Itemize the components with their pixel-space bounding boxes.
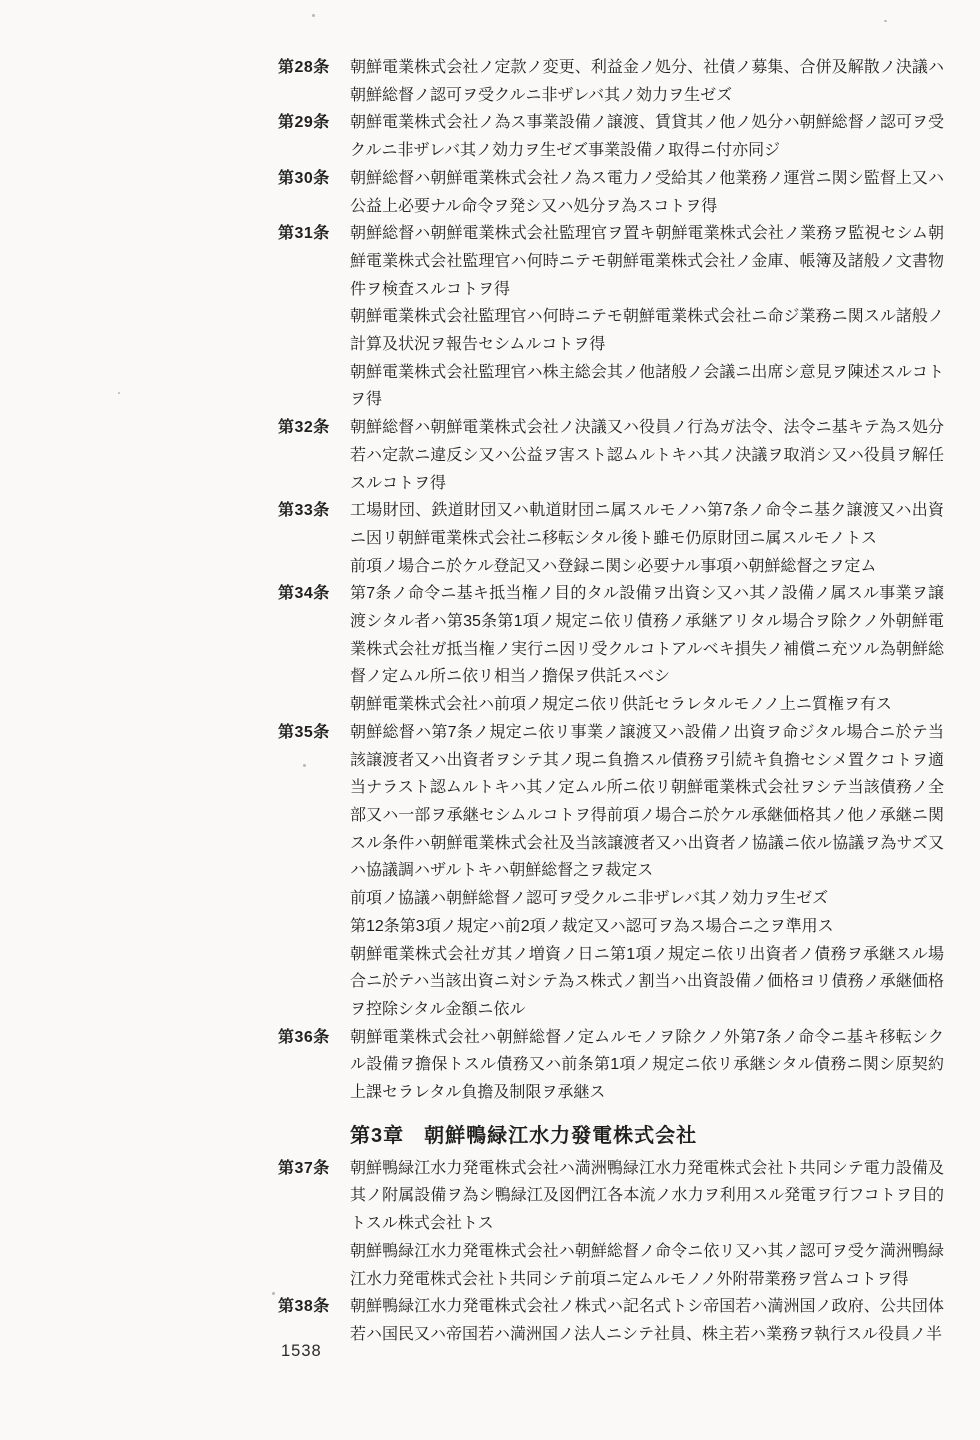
article-text: 朝鮮鴨緑江水力発電株式会社ハ満洲鴨緑江水力発電株式会社ト共同シテ電力設備及其ノ附…	[350, 1155, 944, 1294]
article-text: 朝鮮電業株式会社ハ朝鮮総督ノ定ムルモノヲ除クノ外第7条ノ命令ニ基キ移転シクル設備…	[350, 1024, 944, 1107]
article-number: 第34条	[278, 580, 350, 719]
article-row: 第38条朝鮮鴨緑江水力発電株式会社ノ株式ハ記名式トシ帝国若ハ満洲国ノ政府、公共団…	[278, 1293, 950, 1348]
article-number: 第36条	[278, 1024, 350, 1107]
article-paragraph: 朝鮮総督ハ朝鮮電業株式会社ノ決議又ハ役員ノ行為ガ法令、法令ニ基キテ為ス処分若ハ定…	[350, 414, 944, 497]
article-text: 朝鮮鴨緑江水力発電株式会社ノ株式ハ記名式トシ帝国若ハ満洲国ノ政府、公共団体若ハ国…	[350, 1293, 944, 1348]
article-text: 朝鮮総督ハ朝鮮電業株式会社ノ決議又ハ役員ノ行為ガ法令、法令ニ基キテ為ス処分若ハ定…	[350, 414, 944, 497]
scan-speck	[272, 1292, 275, 1295]
article-paragraph: 前項ノ場合ニ於ケル登記又ハ登録ニ関シ必要ナル事項ハ朝鮮総督之ヲ定ム	[350, 553, 944, 581]
article-paragraph: 朝鮮鴨緑江水力発電株式会社ハ満洲鴨緑江水力発電株式会社ト共同シテ電力設備及其ノ附…	[350, 1155, 944, 1238]
article-row: 第32条朝鮮総督ハ朝鮮電業株式会社ノ決議又ハ役員ノ行為ガ法令、法令ニ基キテ為ス処…	[278, 414, 950, 497]
article-paragraph: 朝鮮電業株式会社ノ為ス事業設備ノ譲渡、賃貸其ノ他ノ処分ハ朝鮮総督ノ認可ヲ受クルニ…	[350, 109, 944, 164]
article-paragraph: 朝鮮総督ハ朝鮮電業株式会社ノ為ス電力ノ受給其ノ他業務ノ運営ニ関シ監督上又ハ公益上…	[350, 165, 944, 220]
article-paragraph: 朝鮮電業株式会社ハ前項ノ規定ニ依リ供託セラレタルモノノ上ニ質権ヲ有ス	[350, 691, 944, 719]
article-row: 第33条工場財団、鉄道財団又ハ軌道財団ニ属スルモノハ第7条ノ命令ニ基ク譲渡又ハ出…	[278, 497, 950, 580]
article-paragraph: 朝鮮電業株式会社監理官ハ株主総会其ノ他諸般ノ会議ニ出席シ意見ヲ陳述スルコトヲ得	[350, 359, 944, 414]
article-number: 第35条	[278, 719, 350, 1024]
article-paragraph: 朝鮮総督ハ朝鮮電業株式会社監理官ヲ置キ朝鮮電業株式会社ノ業務ヲ監視セシム朝鮮電業…	[350, 220, 944, 303]
article-row: 第34条第7条ノ命令ニ基キ抵当権ノ目的タル設備ヲ出資シ又ハ其ノ設備ノ属スル事業ヲ…	[278, 580, 950, 719]
article-paragraph: 朝鮮電業株式会社監理官ハ何時ニテモ朝鮮電業株式会社ニ命ジ業務ニ関スル諸般ノ計算及…	[350, 303, 944, 358]
article-text: 朝鮮電業株式会社ノ定款ノ変更、利益金ノ処分、社債ノ募集、合併及解散ノ決議ハ朝鮮総…	[350, 54, 944, 109]
article-number: 第31条	[278, 220, 350, 414]
article-number: 第29条	[278, 109, 350, 164]
chapter-number: 第3章	[350, 1125, 404, 1147]
article-number: 第30条	[278, 165, 350, 220]
article-text: 朝鮮総督ハ第7条ノ規定ニ依リ事業ノ譲渡又ハ設備ノ出資ヲ命ジタル場合ニ於テ当該譲渡…	[350, 719, 944, 1024]
article-number: 第37条	[278, 1155, 350, 1294]
article-paragraph: 朝鮮鴨緑江水力発電株式会社ハ朝鮮総督ノ命令ニ依リ又ハ其ノ認可ヲ受ケ満洲鴨緑江水力…	[350, 1238, 944, 1293]
scan-speck	[312, 14, 315, 17]
article-paragraph: 朝鮮電業株式会社ハ朝鮮総督ノ定ムルモノヲ除クノ外第7条ノ命令ニ基キ移転シクル設備…	[350, 1024, 944, 1107]
article-text: 朝鮮総督ハ朝鮮電業株式会社ノ為ス電力ノ受給其ノ他業務ノ運営ニ関シ監督上又ハ公益上…	[350, 165, 944, 220]
article-number: 第33条	[278, 497, 350, 580]
article-paragraph: 朝鮮電業株式会社ノ定款ノ変更、利益金ノ処分、社債ノ募集、合併及解散ノ決議ハ朝鮮総…	[350, 54, 944, 109]
article-paragraph: 第12条第3項ノ規定ハ前2項ノ裁定又ハ認可ヲ為ス場合ニ之ヲ準用ス	[350, 913, 944, 941]
scan-speck	[118, 392, 120, 394]
article-paragraph: 工場財団、鉄道財団又ハ軌道財団ニ属スルモノハ第7条ノ命令ニ基ク譲渡又ハ出資ニ因リ…	[350, 497, 944, 552]
article-row: 第37条朝鮮鴨緑江水力発電株式会社ハ満洲鴨緑江水力発電株式会社ト共同シテ電力設備…	[278, 1155, 950, 1294]
article-number: 第28条	[278, 54, 350, 109]
article-number: 第32条	[278, 414, 350, 497]
article-row: 第29条朝鮮電業株式会社ノ為ス事業設備ノ譲渡、賃貸其ノ他ノ処分ハ朝鮮総督ノ認可ヲ…	[278, 109, 950, 164]
article-row: 第36条朝鮮電業株式会社ハ朝鮮総督ノ定ムルモノヲ除クノ外第7条ノ命令ニ基キ移転シ…	[278, 1024, 950, 1107]
article-row: 第30条朝鮮総督ハ朝鮮電業株式会社ノ為ス電力ノ受給其ノ他業務ノ運営ニ関シ監督上又…	[278, 165, 950, 220]
content-flow: 第28条朝鮮電業株式会社ノ定款ノ変更、利益金ノ処分、社債ノ募集、合併及解散ノ決議…	[0, 54, 980, 1349]
article-text: 朝鮮総督ハ朝鮮電業株式会社監理官ヲ置キ朝鮮電業株式会社ノ業務ヲ監視セシム朝鮮電業…	[350, 220, 944, 414]
chapter-title: 朝鮮鴨緑江水力發電株式会社	[424, 1125, 697, 1147]
document-page: 第28条朝鮮電業株式会社ノ定款ノ変更、利益金ノ処分、社債ノ募集、合併及解散ノ決議…	[0, 0, 980, 1440]
article-row: 第35条朝鮮総督ハ第7条ノ規定ニ依リ事業ノ譲渡又ハ設備ノ出資ヲ命ジタル場合ニ於テ…	[278, 719, 950, 1024]
article-paragraph: 前項ノ協議ハ朝鮮総督ノ認可ヲ受クルニ非ザレバ其ノ効力ヲ生ゼズ	[350, 885, 944, 913]
article-text: 工場財団、鉄道財団又ハ軌道財団ニ属スルモノハ第7条ノ命令ニ基ク譲渡又ハ出資ニ因リ…	[350, 497, 944, 580]
article-row: 第31条朝鮮総督ハ朝鮮電業株式会社監理官ヲ置キ朝鮮電業株式会社ノ業務ヲ監視セシム…	[278, 220, 950, 414]
page-number: 1538	[281, 1342, 322, 1361]
article-number: 第38条	[278, 1293, 350, 1348]
article-paragraph: 朝鮮総督ハ第7条ノ規定ニ依リ事業ノ譲渡又ハ設備ノ出資ヲ命ジタル場合ニ於テ当該譲渡…	[350, 719, 944, 885]
article-text: 第7条ノ命令ニ基キ抵当権ノ目的タル設備ヲ出資シ又ハ其ノ設備ノ属スル事業ヲ譲渡シタ…	[350, 580, 944, 719]
chapter-heading: 第3章朝鮮鴨緑江水力發電株式会社	[350, 1121, 980, 1151]
article-paragraph: 朝鮮電業株式会社ガ其ノ増資ノ日ニ第1項ノ規定ニ依リ出資者ノ債務ヲ承継スル場合ニ於…	[350, 941, 944, 1024]
article-paragraph: 第7条ノ命令ニ基キ抵当権ノ目的タル設備ヲ出資シ又ハ其ノ設備ノ属スル事業ヲ譲渡シタ…	[350, 580, 944, 691]
article-text: 朝鮮電業株式会社ノ為ス事業設備ノ譲渡、賃貸其ノ他ノ処分ハ朝鮮総督ノ認可ヲ受クルニ…	[350, 109, 944, 164]
scan-speck	[884, 20, 887, 22]
scan-speck	[303, 764, 306, 767]
article-row: 第28条朝鮮電業株式会社ノ定款ノ変更、利益金ノ処分、社債ノ募集、合併及解散ノ決議…	[278, 54, 950, 109]
article-paragraph: 朝鮮鴨緑江水力発電株式会社ノ株式ハ記名式トシ帝国若ハ満洲国ノ政府、公共団体若ハ国…	[350, 1293, 944, 1348]
